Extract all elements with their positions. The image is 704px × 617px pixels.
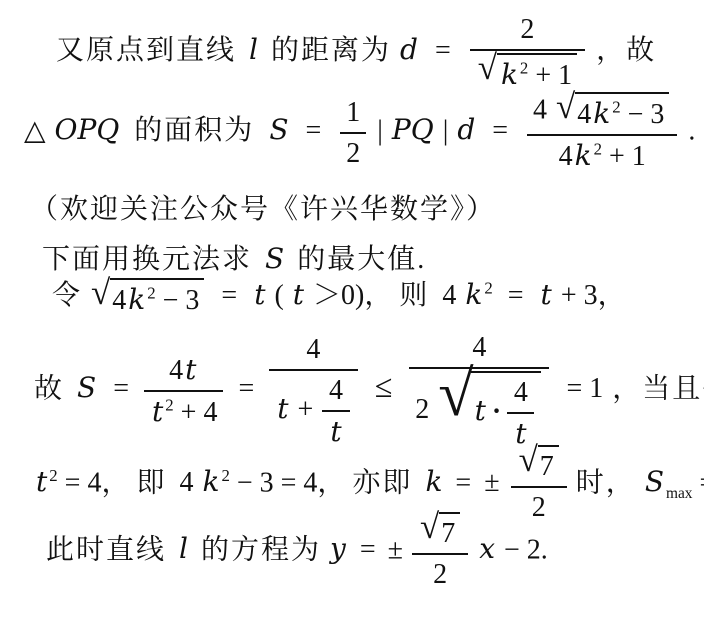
text-gu: 故 [34,373,64,404]
var-t: t [150,395,165,428]
paren-open: ( [274,280,283,311]
text-tail: ，当且仅当 [612,373,704,404]
sqrt-4k2-minus-3: √ 4k2 − 3 [556,92,669,132]
denominator-rest: + 4 [174,397,218,428]
text-then: 则 [399,280,429,311]
var-t: t [291,278,306,311]
equals-sign: = [500,280,532,311]
fraction-numerator: 4 [269,332,357,369]
equals-sign: = [484,115,516,146]
var-s: S [259,242,290,275]
line-substitution: 令 √ 4k2 − 3 = t ( t ＞0)， 则 4 k2 = t + 3， [52,277,626,318]
line-distance-formula: 又原点到直线 l 的距离为 d = 2 √ k2 + 1 ，故 [56,12,656,93]
line-area-formula: △ OPQ 的面积为 S = 1 2 | PQ | d = 4 √ 4k2 − … [24,92,695,174]
area-fraction: 4 √ 4k2 − 3 4k2 + 1 [527,92,677,174]
radicand-value: 7 [540,451,554,482]
one-half-fraction: 1 2 [340,95,366,171]
var-k: k [200,465,221,498]
condition-rest: ＞0)， [313,280,392,311]
var-l: l [243,33,264,66]
radicand-lead: 4 [577,99,591,130]
line-inequality-chain: 故 S = 4t t2 + 4 = 4 t + 4t ≤ 4 2 √ t·4t … [34,330,704,452]
var-x: x [477,532,497,565]
radical-icon: √ [519,445,538,475]
var-t: t [539,278,554,311]
var-opq: OPQ [53,113,122,146]
numerator-value: 1 [346,97,360,128]
plus-minus-sign: ± [478,467,501,498]
fraction-amgm: 4 2 √ t·4t [409,330,549,452]
coefficient: 4 [436,280,456,311]
text-shi: 时， [576,467,636,498]
text-mid: 的距离为 [271,35,391,66]
fraction-numerator: √7 [511,445,567,486]
radical-icon: √ [556,92,575,122]
radical-icon: √ [91,278,110,308]
var-pq: PQ [390,113,436,146]
exponent: 2 [612,98,620,117]
numerator-value: 2 [520,14,534,45]
var-s: S [267,113,290,146]
fraction-denominator: t [322,410,349,450]
text-lead: 此时直线 [46,534,166,565]
numerator-value: 4 [472,332,486,363]
exponent: 2 [147,283,155,302]
radicand: 7 [538,445,559,484]
equals-sign: = [455,467,471,498]
text-mid: 的方程为 [201,534,321,565]
radicand: 4k2 − 3 [575,92,669,132]
fraction-numerator: 4t [144,352,223,390]
var-t: t [252,278,267,311]
text-tail: 的最大值. [297,244,426,275]
equals-sign: = [298,115,330,146]
fraction-denominator: 2 [412,553,468,592]
fraction-numerator: 4 √ 4k2 − 3 [527,92,677,134]
text-ji: 即 [136,467,166,498]
var-k: k [591,97,612,130]
coefficient: 4 [169,355,183,386]
equation-rest: = 1， [700,467,704,498]
fraction-numerator: 4 [409,330,549,367]
expression-rest: + 3， [561,280,626,311]
text-lead: 下面用换元法求 [42,244,252,275]
radicand-rest: − 3 [156,285,200,316]
coefficient: 4 [533,94,547,125]
fraction-denominator: 2 [340,132,366,171]
numerator-value: 4 [306,334,320,365]
line-method-intro: 下面用换元法求 S 的最大值. [42,241,426,277]
exponent: 2 [221,466,229,485]
text-yiji: 亦即 [352,467,412,498]
triangle-icon: △ [24,115,46,146]
var-l: l [173,532,194,565]
numerator-value: 4 [514,377,528,408]
radicand: 4k2 − 3 [110,278,204,318]
var-k: k [126,283,147,316]
radicand-lead: 4 [112,285,126,316]
var-t: t [473,394,488,427]
coefficient: 2 [415,394,429,425]
radical-icon: √ [420,512,439,542]
var-k: k [463,278,484,311]
var-k: k [419,465,448,498]
line-public-account-note: （欢迎关注公众号《许兴华数学》） [30,192,496,227]
denominator-value: 2 [346,138,360,169]
equals-sign: = [427,35,459,66]
fraction-numerator: 4 [322,373,349,410]
radicand-value: 7 [441,518,455,549]
fraction-denominator: t2 + 4 [144,390,223,430]
fraction-numerator: 4 [507,375,534,412]
var-y: y [328,532,348,565]
text-lead: 令 [52,280,82,311]
var-d: d [398,33,420,66]
denominator-rest: + 1 [602,141,646,172]
text-tail: ，故 [596,35,656,66]
text-lead: 又原点到直线 [56,35,236,66]
text-mid: 的面积为 [128,115,260,146]
radical-icon: √ [478,53,497,83]
abs-bar-right: | [443,115,449,146]
denominator-value: 2 [433,559,447,590]
note-text: （欢迎关注公众号《许兴华数学》） [30,194,496,225]
plus-sign: + [291,394,321,425]
less-equal-sign: ≤ [369,368,399,404]
fraction-denominator: 4k2 + 1 [527,134,677,174]
equation-rest: − 3 = 4， [237,467,346,498]
fraction-sqrt7-over-2: √7 2 [412,512,468,592]
plus-minus-sign: ± [388,534,403,565]
var-k: k [499,58,520,91]
fraction-4-over-t: 4t [322,373,349,450]
var-d: d [455,113,477,146]
equals-sign: = [213,280,245,311]
exponent: 2 [165,396,173,415]
coefficient: 4 [173,467,193,498]
exponent: 2 [49,466,57,485]
period: . [688,115,695,146]
fraction-denominator: t + 4t [269,369,357,450]
denominator-lead: 4 [559,141,573,172]
var-k: k [573,139,594,172]
equals-sign: = [355,534,381,565]
equals-sign: = [234,373,258,404]
sqrt-4k2-minus-3: √ 4k2 − 3 [91,278,204,318]
expression-rest: − 2. [504,534,548,565]
var-t: t [34,465,49,498]
var-s: S [643,465,666,498]
math-solution-page: 又原点到直线 l 的距离为 d = 2 √ k2 + 1 ，故 △ OPQ 的面… [0,0,704,617]
distance-fraction: 2 √ k2 + 1 [470,12,585,93]
var-t: t [183,353,198,386]
multiplication-dot: · [488,396,505,427]
fraction-numerator: 1 [340,95,366,132]
radicand: 7 [439,512,460,551]
exponent: 2 [484,279,492,298]
fraction-numerator: √7 [412,512,468,553]
abs-bar-left: | [377,115,383,146]
line-equation-of-l: 此时直线 l 的方程为 y = ± √7 2 x − 2. [46,512,548,592]
fraction-4-over-t-plus-4t: 4 t + 4t [269,332,357,450]
equation-rest: = 4， [65,467,130,498]
subscript-max: max [666,485,693,502]
sqrt-7: √7 [420,512,460,551]
fraction-4t-over-t2plus4: 4t t2 + 4 [144,352,223,430]
exponent: 2 [594,140,602,159]
var-s: S [71,371,102,404]
radical-icon: √ [438,371,473,417]
var-t: t [328,415,343,448]
equals-sign: = [109,373,133,404]
var-t: t [275,392,290,425]
sqrt-7: √7 [519,445,559,484]
fraction-numerator: 2 [470,12,585,49]
numerator-value: 4 [329,375,343,406]
equals-one: = 1 [560,373,605,404]
radicand-rest: − 3 [621,99,665,130]
